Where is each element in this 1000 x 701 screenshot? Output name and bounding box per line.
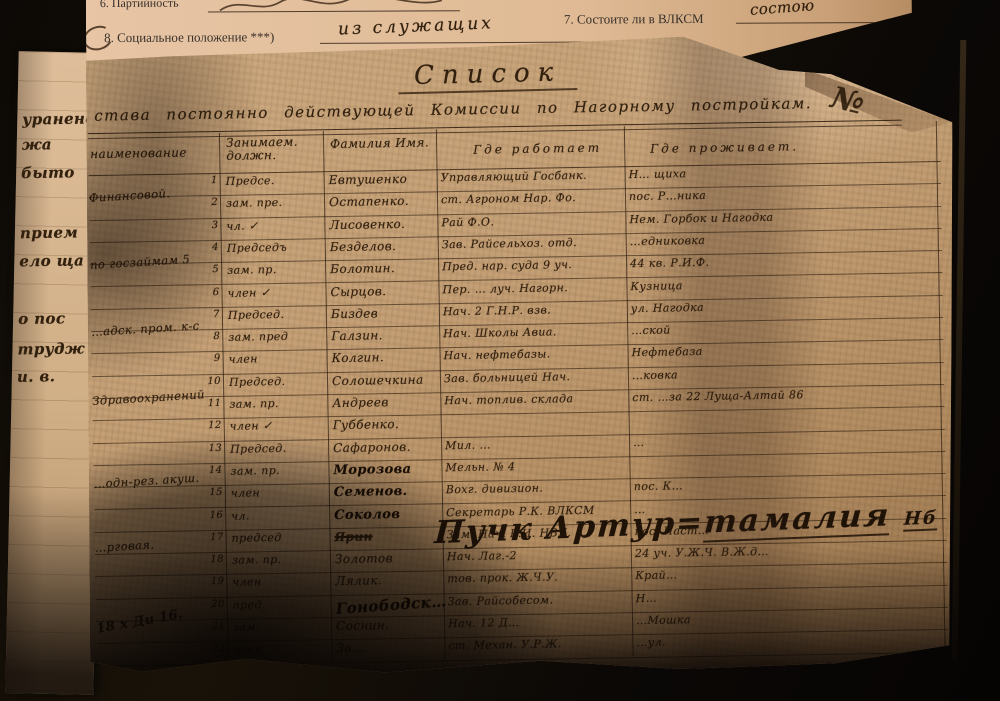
handwriting-fragment: и. в. — [17, 367, 56, 386]
cell-residence: … — [633, 431, 937, 449]
page-title: Список — [398, 57, 578, 94]
cell-number: 20 — [197, 599, 225, 610]
cell-post: зам. пр. — [230, 463, 326, 478]
cell-surname: Соснин. — [336, 617, 442, 633]
cell-workplace: Вохг. дивизион. — [446, 480, 628, 496]
cell-residence: …Мошка — [636, 609, 940, 627]
cell-workplace: Нач. 12 Д… — [448, 614, 630, 630]
cell-post: Председъ — [227, 240, 323, 255]
cell-number: 10 — [193, 376, 221, 387]
cell-post: член ✓ — [230, 419, 326, 434]
cell-surname: Лялик. — [335, 573, 441, 589]
handwriting-fragment: трудж — [17, 339, 85, 358]
cell-residence: Нефтебаза — [631, 341, 935, 359]
cell-workplace: Пред. нар. суда 9 уч. — [442, 257, 624, 273]
cell-surname: Андреев — [332, 394, 438, 410]
cell-workplace — [445, 414, 627, 417]
cell-surname: Сафаронов. — [333, 439, 439, 455]
handwriting-fragment: прием — [20, 223, 78, 242]
cell-number: 2 — [190, 197, 218, 208]
cell-post: зам. пред — [228, 329, 324, 344]
cell-workplace: Нач. Школы Авиа. — [443, 324, 625, 340]
cell-number: 18 — [196, 554, 224, 565]
cell-surname: Гонободск… — [335, 592, 442, 617]
cell-residence: …едниковка — [630, 230, 934, 248]
cell-surname: Соколов — [334, 506, 440, 523]
cell-surname: Болотин. — [330, 261, 436, 277]
overlay-scrawl-b: тамалия — [703, 497, 892, 542]
cell-surname: Биздев — [331, 305, 437, 321]
cell-workplace: Нач. нефтебазы. — [444, 347, 626, 363]
cell-surname: Морозова — [333, 461, 439, 478]
cell-surname: Галзин. — [331, 327, 437, 343]
cell-number: 12 — [194, 420, 222, 431]
cell-workplace: Рай Ф.О. — [441, 213, 623, 229]
cell-residence: пос. Р…ника — [629, 185, 933, 203]
cell-surname: Золотов — [335, 550, 441, 566]
cell-residence: ст. …за 22 Луща-Алтай 86 — [632, 386, 936, 404]
document-paper: № Список става постоянно действующей Ком… — [86, 23, 957, 691]
handwriting-fragment: быто — [21, 163, 75, 182]
cell-workplace: Нач. 2 Г.Н.Р. взв. — [443, 302, 625, 318]
cell-residence: Н… — [636, 587, 940, 605]
cell-residence: …ул. — [636, 631, 940, 649]
cell-workplace: Зав. Райсельхоз. отд. — [442, 235, 624, 251]
cell-residence: 44 кв. Р.И.Ф. — [630, 252, 934, 270]
cell-workplace: ст. Агроном Нар. Фо. — [441, 191, 623, 207]
col-header-workplace: Где работает — [473, 141, 602, 157]
cell-number: 19 — [196, 576, 224, 587]
cell-workplace: ст. Механ. У.Р.Ж. — [448, 636, 630, 652]
cell-post: чл. ✓ — [226, 218, 322, 233]
cell-surname: Ярин — [334, 528, 440, 544]
form-item6-label: 6. Партийность — [100, 0, 179, 11]
handwriting-fragment: уранено — [22, 109, 96, 128]
cell-post: чл. — [231, 508, 327, 523]
cell-number: 6 — [191, 286, 219, 297]
cell-number: 16 — [195, 509, 223, 520]
page-subtitle: става постоянно действующей Комиссии по … — [94, 94, 812, 125]
cell-surname: Евтушенко — [329, 171, 435, 187]
cell-post: зам. пр. — [229, 396, 325, 411]
cell-number: 21 — [197, 621, 225, 632]
cell-number: 9 — [193, 353, 221, 364]
illegible-scrawl — [216, 0, 446, 15]
col-header-surname: Фамилия Имя. — [330, 135, 429, 151]
cell-number: 22 — [197, 643, 225, 654]
cell-post: член — [231, 485, 327, 500]
cell-residence: …ской — [631, 319, 935, 337]
cell-workplace: Зав. больницей Нач. — [444, 369, 626, 385]
list-table: наименование Занимаем. должн. Фамилия Им… — [88, 119, 949, 669]
cell-post: член — [233, 641, 329, 656]
col-header-residence: Где проживает. — [650, 139, 799, 155]
cell-workplace: Зав. Райсобесом. — [448, 592, 630, 608]
cell-surname: За… — [336, 640, 442, 656]
cell-residence: Кузница — [630, 275, 934, 293]
cell-post: член ✓ — [227, 285, 323, 300]
cell-workplace: Мельн. № 4 — [445, 458, 627, 474]
cell-number: 5 — [191, 264, 219, 275]
cell-post: зам. пр. — [227, 262, 323, 277]
cell-post: Председ. — [228, 307, 324, 322]
cell-workplace: тов. прок. Ж.Ч.У. — [447, 570, 629, 586]
cell-residence: Нем. Горбок и Нагодка — [629, 208, 933, 226]
cell-post: пред. — [233, 597, 329, 612]
handwriting-fragment: ело ща — [19, 251, 84, 270]
cell-residence: Край… — [635, 564, 939, 582]
cell-number: 8 — [192, 331, 220, 342]
cell-number: 15 — [195, 487, 223, 498]
cell-surname: Безделов. — [330, 238, 436, 254]
cell-surname: Солошечкина — [332, 372, 438, 388]
cell-residence: ул. Нагодка — [631, 297, 935, 315]
cell-workplace: Нач. Лаг.-2 — [447, 547, 629, 563]
handwriting-fragment: жа — [22, 135, 52, 153]
cell-post: зам. — [233, 619, 329, 634]
photo-stage: ураненожабытоприемело щао поструджи. в. … — [0, 0, 1000, 701]
cell-residence: пос. К… — [634, 475, 938, 493]
cell-surname: Сырцов. — [330, 283, 436, 299]
cell-surname: Остапенко. — [329, 194, 435, 210]
form-item7-label: 7. Состоите ли в ВЛКСМ — [564, 11, 704, 28]
cell-surname: Губбенко. — [333, 417, 439, 433]
form-item8-label: 8. Социальное положение ***) — [104, 29, 274, 46]
cell-number: 3 — [190, 220, 218, 231]
cell-post: Предсе. — [226, 173, 322, 188]
cell-residence: …ковка — [632, 364, 936, 382]
cell-post: член — [232, 575, 328, 590]
corner-pen-mark: № — [827, 80, 867, 122]
cell-workplace: Управляющий Госбанк. — [441, 168, 623, 184]
col-header-name-of-commission: наименование — [90, 145, 187, 161]
cell-surname: Лисовенко. — [329, 216, 435, 232]
cell-workplace: Нач. топлив. склада — [444, 391, 626, 407]
cell-number: 13 — [194, 443, 222, 454]
cell-residence: Н… щиха — [629, 163, 933, 181]
cell-post: Председ. — [229, 374, 325, 389]
col-header-post: Занимаем. должн. — [226, 135, 320, 163]
cell-post: зам. пре. — [226, 196, 322, 211]
cell-post: Председ. — [230, 441, 326, 456]
cell-workplace: Мил. … — [445, 436, 627, 452]
cell-post: председ — [231, 530, 327, 545]
cell-workplace: Пер. … луч. Нагорн. — [442, 280, 624, 296]
cell-residence: 24 уч. У.Ж.Ч. В.Ж.д… — [635, 542, 939, 560]
overlay-scrawl-suffix: Нб — [903, 507, 939, 531]
cell-post: член — [229, 352, 325, 367]
page-edge-shadow — [952, 40, 967, 660]
cell-surname: Семенов. — [334, 484, 440, 501]
cell-post: зам. пр. — [232, 552, 328, 567]
cell-surname: Колгин. — [332, 350, 438, 366]
handwriting-fragment: о пос — [18, 309, 66, 328]
